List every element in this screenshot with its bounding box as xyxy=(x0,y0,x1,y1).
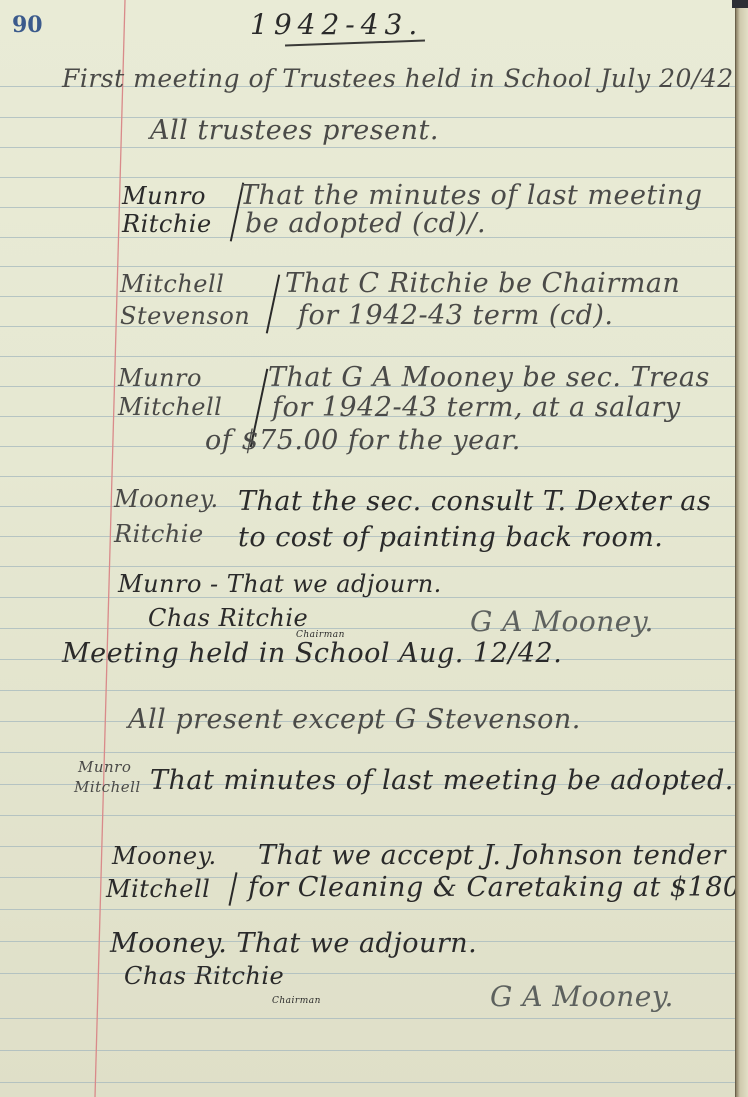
motion-mover: Mooney. xyxy=(114,485,219,513)
motion-divider xyxy=(266,274,280,333)
motion-text: be adopted (cd)/. xyxy=(245,208,486,239)
motion-text: to cost of painting back room. xyxy=(238,522,663,553)
page-number: 90 xyxy=(12,12,43,38)
motion-seconder: Ritchie xyxy=(114,520,204,548)
motion-text: That C Ritchie be Chairman xyxy=(285,268,680,299)
chairman-title: Chairman xyxy=(272,996,321,1006)
motion-text: That we accept J. Johnson tender xyxy=(258,840,726,871)
meeting1-attendance: All trustees present. xyxy=(150,115,439,146)
ruled-line xyxy=(0,1050,735,1051)
motion-mover: Munro xyxy=(78,758,131,776)
ruled-line xyxy=(0,815,735,816)
motion-seconder: Mitchell xyxy=(118,393,222,421)
meeting2-title: Meeting held in School Aug. 12/42. xyxy=(62,638,562,669)
ruled-line xyxy=(0,566,735,567)
ruled-line xyxy=(0,909,735,910)
chairman-signature: Chas Ritchie xyxy=(148,604,308,632)
secretary-signature: G A Mooney. xyxy=(490,980,674,1013)
motion-mover: Mooney. xyxy=(112,842,217,870)
ruled-line xyxy=(0,356,735,357)
year-heading: 1942-43. xyxy=(250,8,423,41)
meeting2-attendance: All present except G Stevenson. xyxy=(128,704,581,735)
motion-text: for 1942-43 term, at a salary xyxy=(272,392,681,423)
motion-mover: Munro xyxy=(118,364,202,392)
adjourn-motion: Mooney. That we adjourn. xyxy=(110,928,477,959)
motion-mover: Mitchell xyxy=(120,270,224,298)
ruled-line xyxy=(0,476,735,477)
chairman-signature: Chas Ritchie xyxy=(124,962,284,990)
ledger-page: 90 1942-43. First meeting of Trustees he… xyxy=(0,0,735,1097)
ruled-line xyxy=(0,1018,735,1019)
motion-text: That G A Mooney be sec. Treas xyxy=(268,362,710,393)
motion-text: That the sec. consult T. Dexter as xyxy=(238,486,711,517)
ruled-line xyxy=(0,973,735,974)
motion-seconder: Mitchell xyxy=(106,875,210,903)
secretary-signature: G A Mooney. xyxy=(470,605,654,638)
book-binding xyxy=(735,0,748,1097)
binding-top-edge xyxy=(732,0,748,8)
ruled-line xyxy=(0,752,735,753)
ruled-line xyxy=(0,266,735,267)
motion-text: for 1942-43 term (cd). xyxy=(298,300,614,331)
ruled-line xyxy=(0,690,735,691)
motion-text: of $75.00 for the year. xyxy=(205,425,521,456)
ruled-line xyxy=(0,1082,735,1083)
meeting1-title: First meeting of Trustees held in School… xyxy=(62,64,734,93)
ruled-line xyxy=(0,147,735,148)
motion-mover: Munro xyxy=(122,182,206,210)
motion-seconder: Ritchie xyxy=(122,210,212,238)
motion-text: That minutes of last meeting be adopted. xyxy=(150,765,734,796)
motion-seconder: Stevenson xyxy=(120,302,250,330)
ruled-line xyxy=(0,177,735,178)
motion-text: That the minutes of last meeting xyxy=(240,180,703,211)
adjourn-motion: Munro - That we adjourn. xyxy=(118,570,442,598)
motion-seconder: Mitchell xyxy=(74,778,141,796)
motion-text: for Cleaning & Caretaking at $180.00 xyxy=(248,872,735,903)
